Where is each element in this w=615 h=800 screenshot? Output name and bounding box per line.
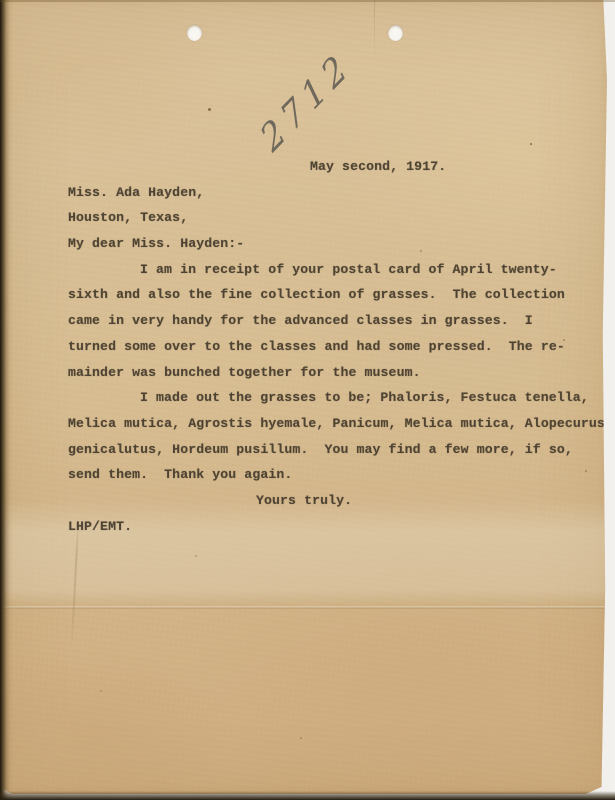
body-line: I made out the grasses to be; Phaloris, … [140,385,588,411]
typed-letter-body: May second, 1917. Miss. Ada Hayden, Hous… [68,154,588,539]
vertical-crease-top [374,0,375,58]
body-line: I am in receipt of your postal card of A… [140,257,588,283]
scan-edge-left [0,0,13,800]
typist-initials: LHP/EMT. [68,514,588,540]
scanned-letter-page: 2712 May second, 1917. Miss. Ada Hayden,… [0,0,615,800]
date-line: May second, 1917. [310,154,588,180]
paper-speck [563,339,565,341]
scan-edge-top [0,0,615,2]
punch-hole-left [187,25,202,41]
paper-speck [100,690,102,692]
body-line: mainder was bunched together for the mus… [68,360,588,386]
recipient-name: Miss. Ada Hayden, [68,180,588,206]
paper-speck [585,470,587,472]
closing: Yours truly. [256,488,588,514]
paper-speck [300,737,302,739]
paper-speck [530,143,532,145]
recipient-city: Houston, Texas, [68,205,588,231]
fold-crease [0,606,607,609]
letter-paper: 2712 May second, 1917. Miss. Ada Hayden,… [0,0,607,794]
paper-speck [195,555,197,557]
body-line: send them. Thank you again. [68,462,588,488]
body-line: came in very handy for the advanced clas… [68,308,588,334]
paper-speck [420,250,422,252]
body-line: genicalutus, Hordeum pusillum. You may f… [68,437,588,463]
body-line: turned some over to the classes and had … [68,334,588,360]
handwritten-catalog-number: 2712 [254,43,359,160]
scan-edge-bottom [0,791,615,800]
body-line: sixth and also the fine collection of gr… [68,282,588,308]
salutation: My dear Miss. Hayden:- [68,231,588,257]
paper-speck [208,108,211,111]
punch-hole-right [388,25,403,41]
body-line: Melica mutica, Agrostis hyemale, Panicum… [68,411,588,437]
